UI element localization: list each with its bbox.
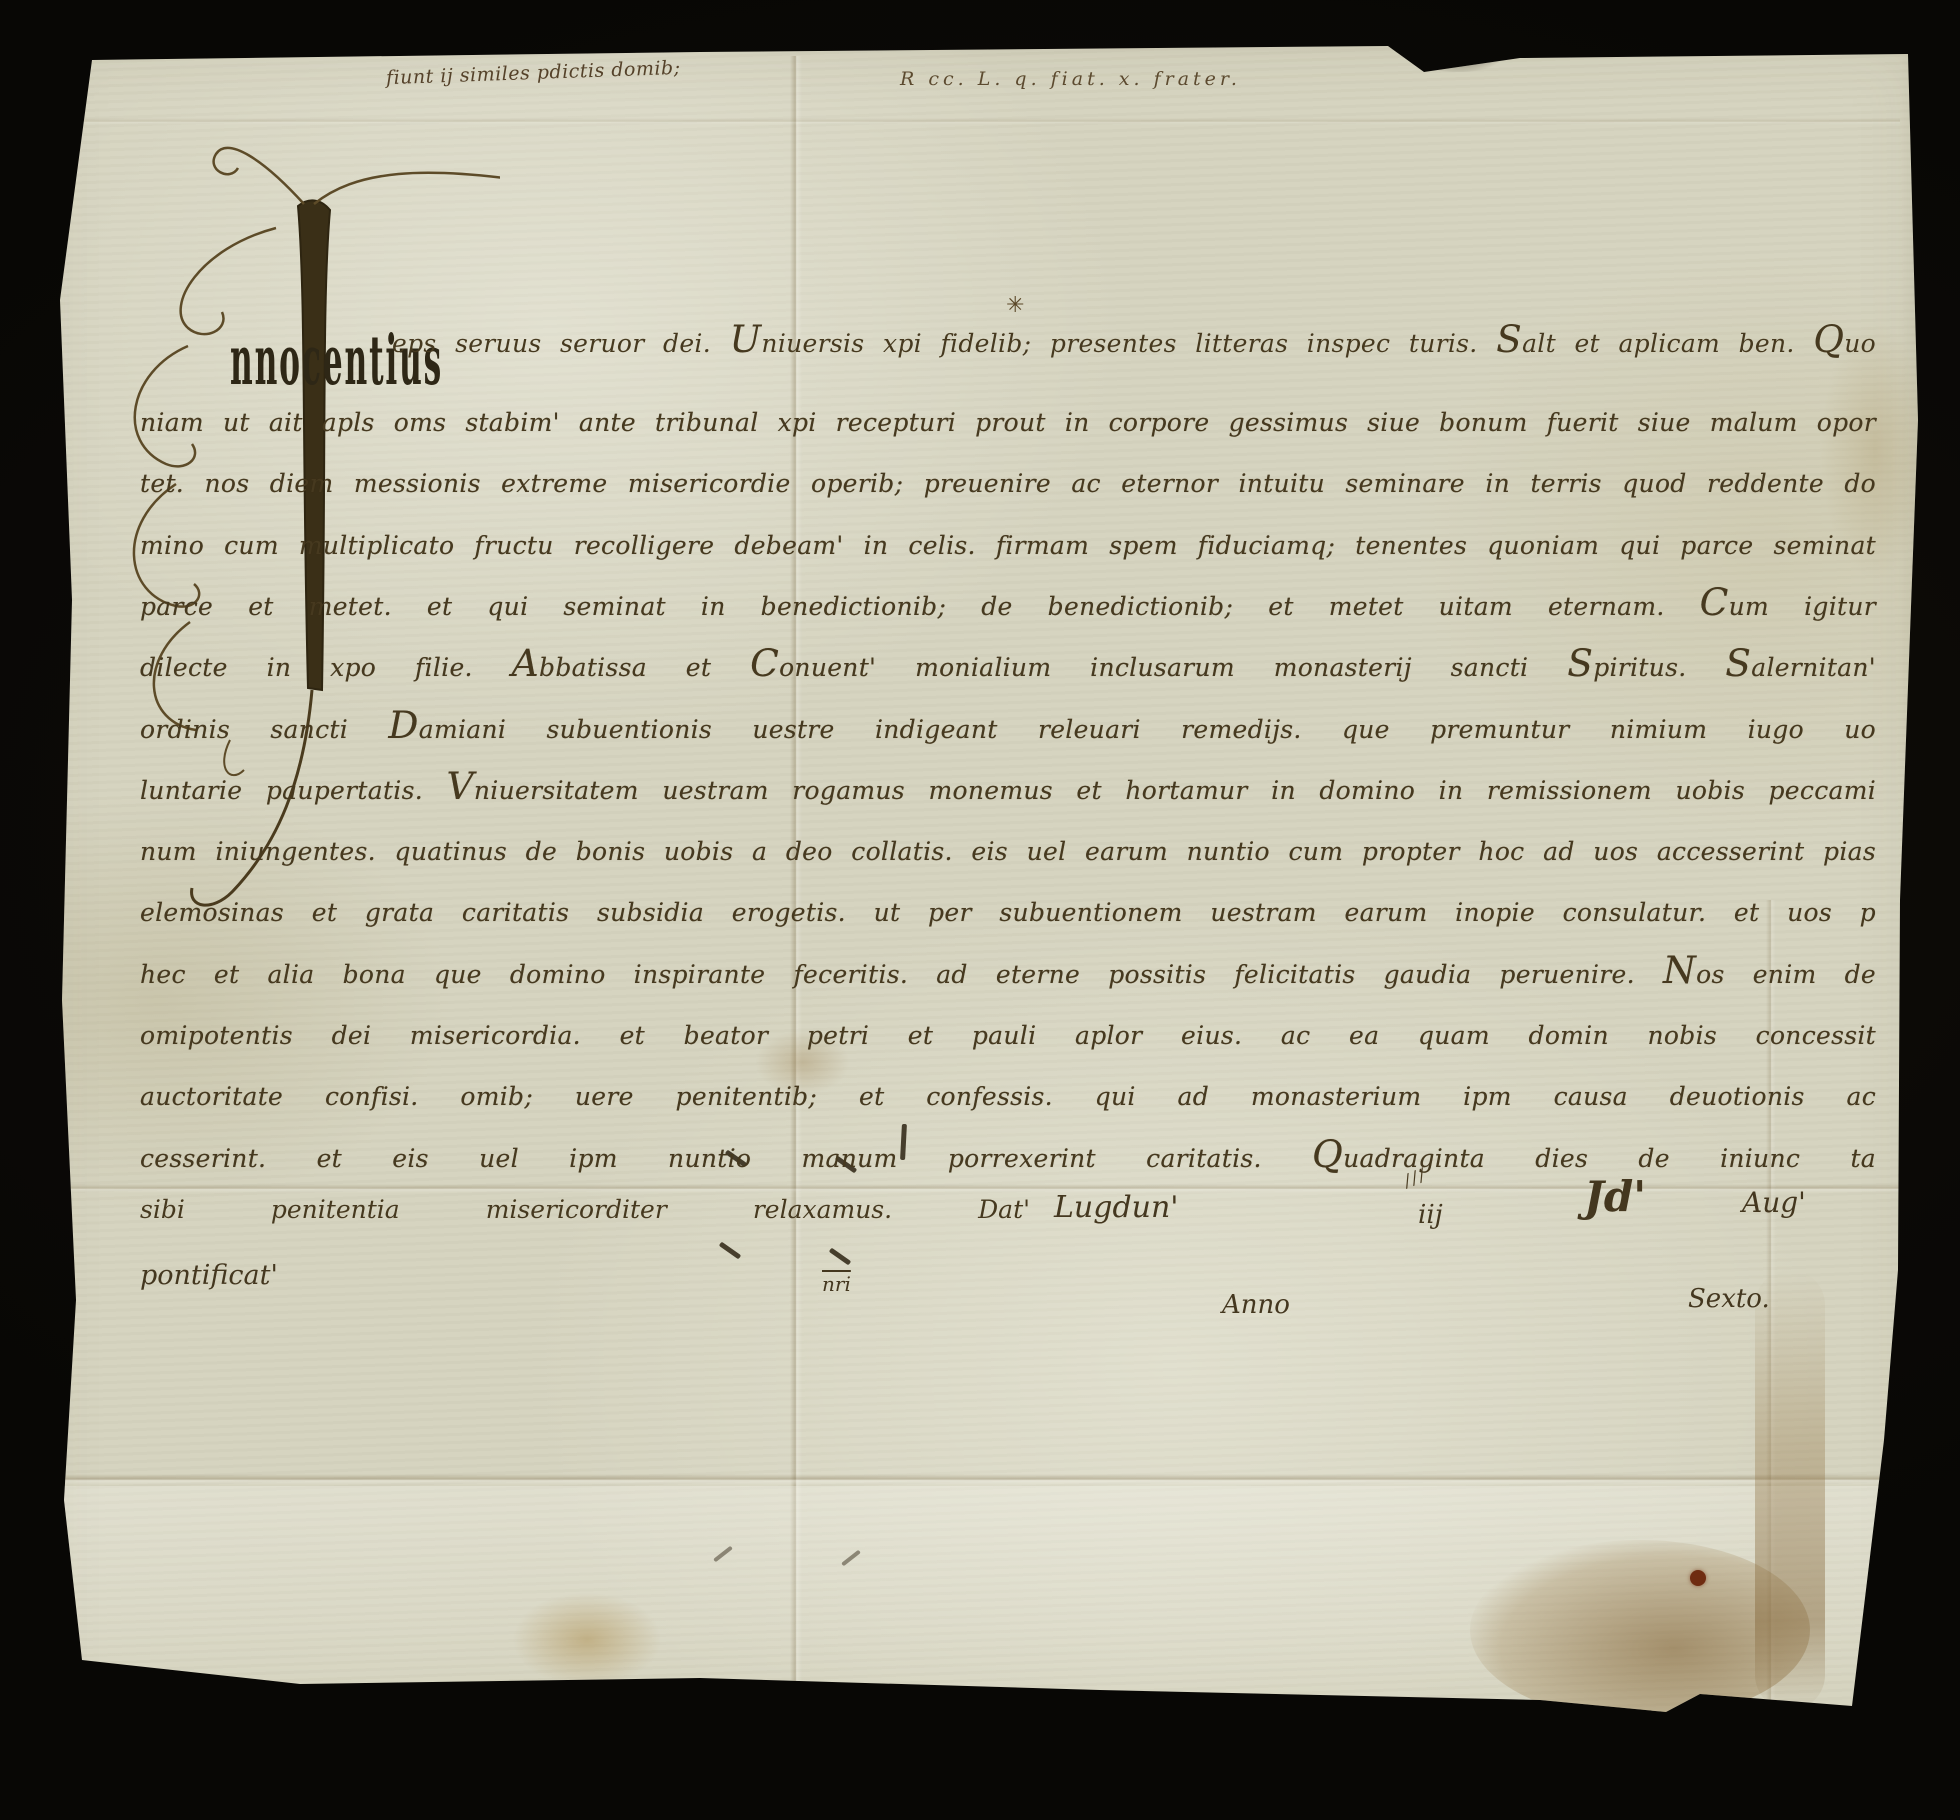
charter-text-line: luntarie paupertatis. Vniuersitatem uest… [140,777,1876,807]
nostri-abbreviation: nri [822,1272,851,1296]
charter-text-line: sibi penitentia misericorditer relaxamus… [140,1196,1030,1224]
water-streak-right [1755,1270,1825,1710]
charter-text-line: auctoritate confisi. omib; uere penitent… [140,1083,1876,1113]
parchment-charter: fiunt ij similes pdictis domib; R cc. L.… [0,0,1960,1820]
plica-fold-line [64,1474,1894,1485]
charter-text-line: num iniungentes. quatinus de bonis uobis… [140,838,1876,868]
cord-cut [719,1242,742,1260]
cord-cut [829,1248,852,1266]
dating-day: iij [1418,1200,1443,1230]
registration-note-left: fiunt ij similes pdictis domib; [386,57,681,89]
day-tally-strokes: /// [1401,1164,1430,1191]
charter-text-line: eps seruus seruor dei. Uniuersis xpi fid… [392,330,1876,358]
top-edge-notch [1408,44,1508,72]
decorated-initial [80,120,500,940]
stain-bottom-left [512,1592,662,1687]
charter-text-line: niam ut ait apls oms stabim' ante tribun… [140,409,1876,439]
horizontal-crease [70,1184,1900,1193]
cord-cut [713,1546,733,1563]
stain-bottom-right [1470,1540,1810,1720]
ides-monogram: Jd' [1584,1172,1646,1221]
right-fold-crease [1766,900,1776,1700]
cord-cut [835,1156,858,1174]
wax-dot [1690,1570,1706,1586]
stain-top-right [1820,320,1930,580]
regnal-year: Sexto. [1688,1284,1770,1314]
opening-word-innocentius: nnocentius [230,322,443,402]
registration-note-right: R cc. L. q. fiat. x. frater. [900,68,1241,90]
dating-place: Lugdun' [1054,1190,1179,1225]
charter-text-line: mino cum multiplicato fructu recolligere… [140,532,1876,562]
cord-cut [841,1550,861,1567]
seal-slit [900,1124,907,1160]
dating-month: Aug' [1742,1186,1806,1219]
charter-text-line: dilecte in xpo filie. Abbatissa et Conue… [140,654,1876,684]
cord-cut [725,1150,748,1168]
pontificate-word: pontificat' [140,1260,278,1291]
charter-text-line: tet. nos diem messionis extreme miserico… [140,470,1876,500]
charter-text-line: omipotentis dei misericordia. et beator … [140,1022,1876,1052]
ink-flourish-mark: ✳ [1006,293,1024,318]
charter-text-line: parce et metet. et qui seminat in benedi… [140,593,1876,623]
stain-center [755,1030,850,1095]
charter-text-line: cesserint. et eis uel ipm nuntio manum p… [140,1145,1876,1175]
plica-band [64,1486,1892,1691]
charter-text-line: elemosinas et grata caritatis subsidia e… [140,899,1876,929]
anno-word: Anno [1222,1290,1290,1320]
charter-text-line: hec et alia bona que domino inspirante f… [140,961,1876,991]
charter-text-line: ordinis sancti Damiani subuentionis uest… [140,716,1876,746]
upper-crease [80,118,1900,125]
center-fold-crease [790,56,802,1686]
photograph-stage: fiunt ij similes pdictis domib; R cc. L.… [0,0,1960,1820]
